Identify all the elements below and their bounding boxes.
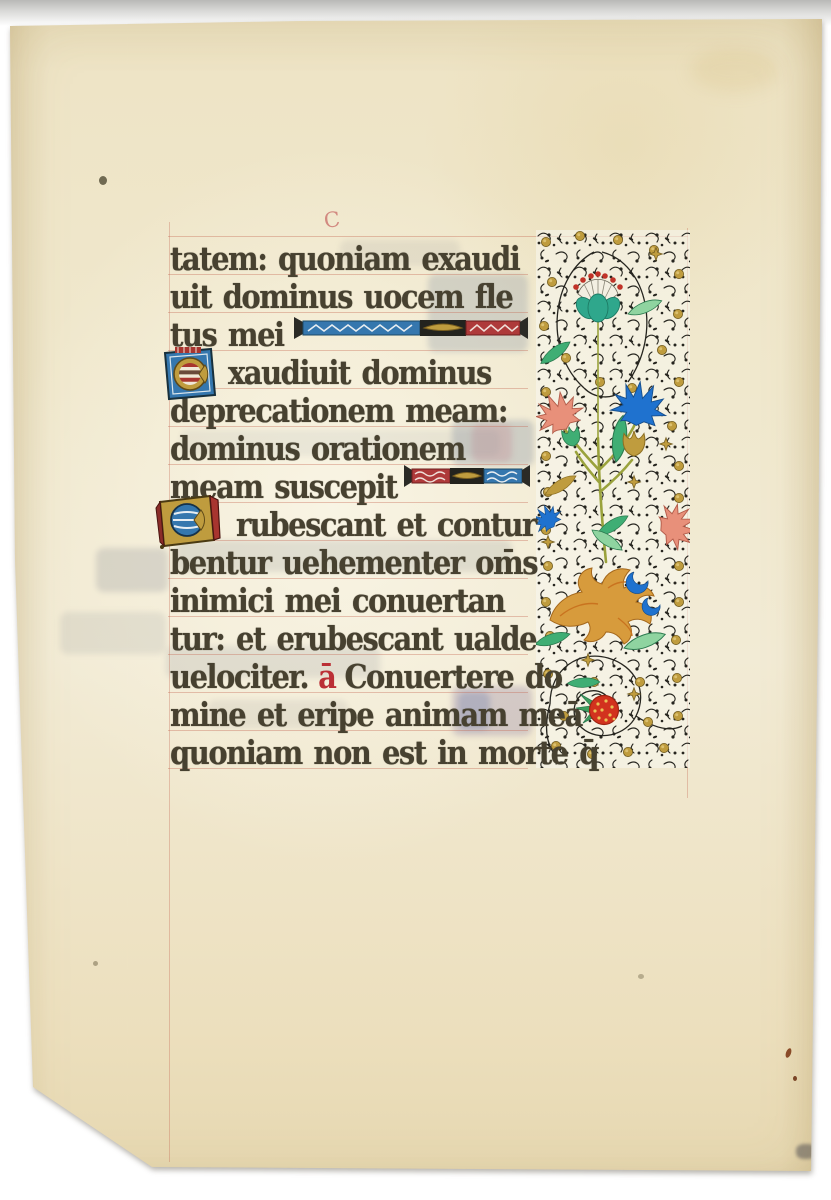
dark-smudge	[796, 1144, 816, 1159]
manuscript-leaf: C	[0, 0, 831, 1200]
text-segment: uelociter.	[170, 658, 308, 696]
text-line: xaudiuit dominus	[170, 354, 590, 394]
line-filler-2	[404, 465, 530, 487]
showthrough-patch	[96, 548, 168, 592]
ink-speck	[99, 176, 107, 185]
text-line: quoniam non est in morte q̄	[170, 734, 532, 774]
text-segment: Conuertere do	[344, 658, 561, 696]
text-line: rubescant et contur	[170, 506, 598, 546]
yellow-stain	[690, 48, 780, 92]
decorated-initial-E1	[161, 345, 219, 403]
decorated-initial-E2	[154, 492, 224, 550]
text-line: inimici mei conuertan	[170, 582, 532, 622]
text-line-with-rubric: uelociter.āConuertere do	[170, 658, 532, 698]
text-line: mine et eripe animam meā	[170, 696, 532, 736]
line-filler-1	[294, 317, 528, 339]
antiphon-mark: ā	[318, 658, 335, 696]
rust-speck	[793, 1076, 797, 1081]
speck	[638, 974, 644, 979]
speck	[93, 961, 98, 966]
scanned-page: C	[0, 0, 831, 1200]
text-line: uit dominus uocem fle	[170, 278, 532, 318]
guide-letter: C	[322, 207, 341, 233]
showthrough-patch	[60, 612, 166, 654]
text-line: deprecationem meam:	[170, 392, 532, 432]
rust-speck	[784, 1047, 792, 1058]
text-line: bentur uehementer om̄s	[170, 544, 532, 584]
text-line: tatem: quoniam exaudi	[170, 240, 532, 280]
text-line: tur: et erubescant ualde	[170, 620, 532, 660]
